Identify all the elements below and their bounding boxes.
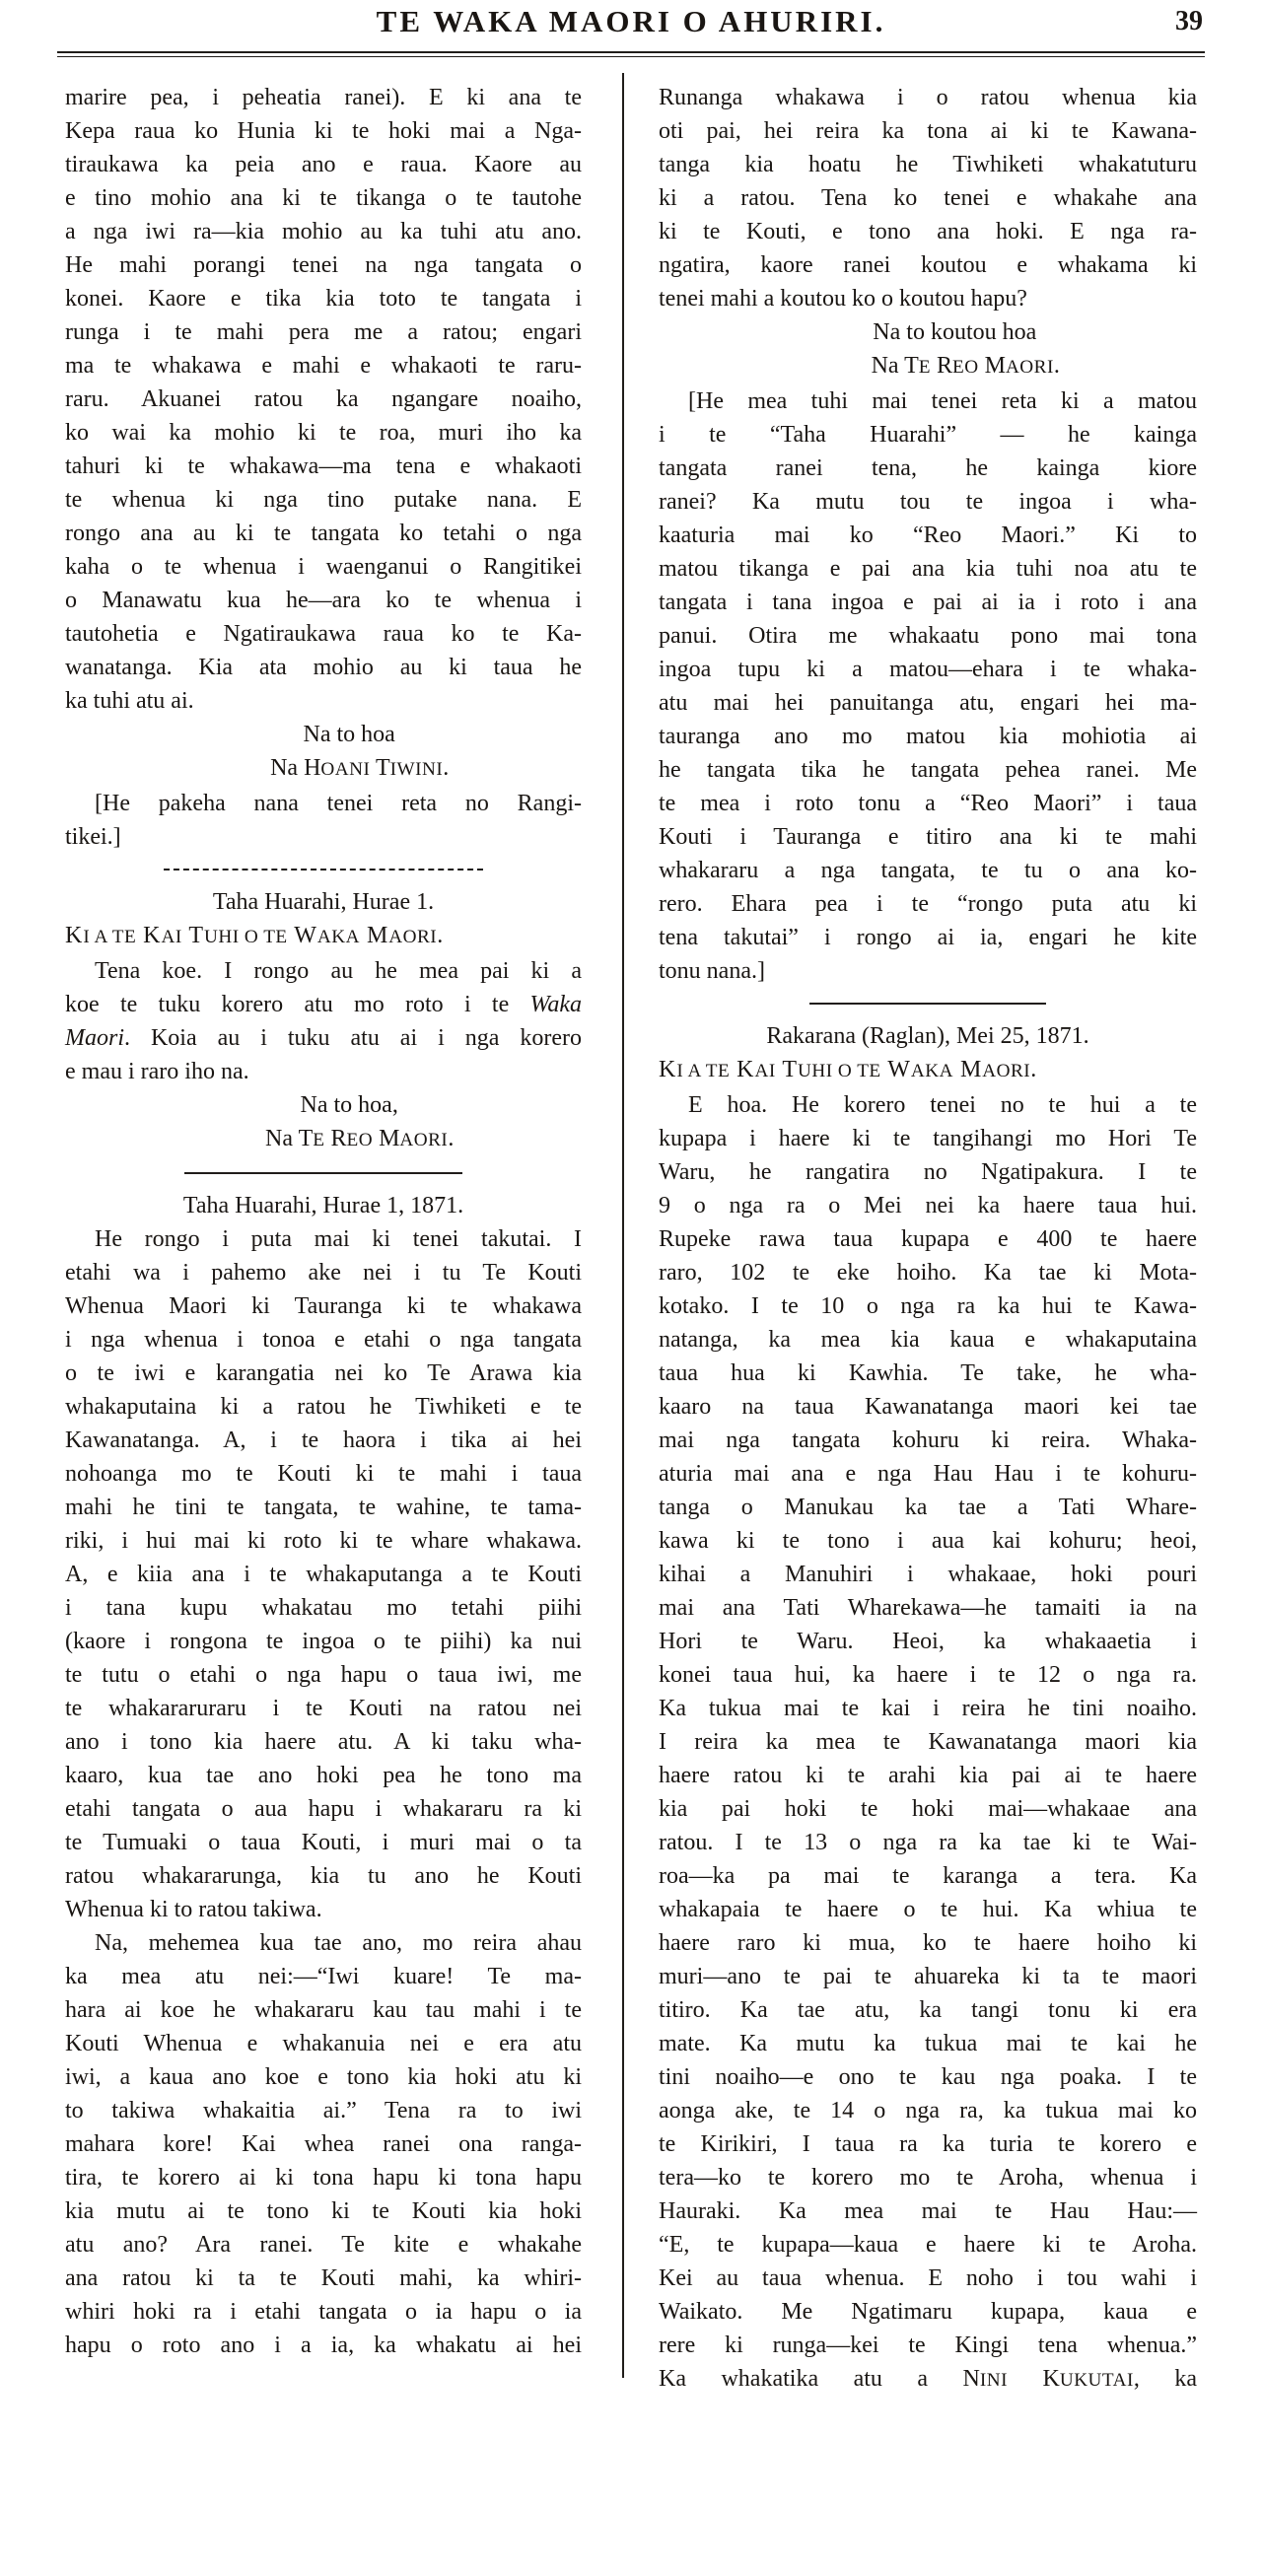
paragraph: Na, mehemea kua tae ano, mo reira ahauka…: [65, 1926, 582, 2362]
text-line: te whakararuraru i te Kouti na ratou nei: [65, 1692, 582, 1725]
text-line: i te “Taha Huarahi” — he kainga: [659, 418, 1197, 452]
text-line: Waru, he rangatira no Ngatipakura. I te: [659, 1155, 1197, 1189]
text-line: whakaputaina ki a ratou he Tiwhiketi e t…: [65, 1390, 582, 1424]
text-line: He mahi porangi tenei na nga tangata o: [65, 248, 582, 282]
text-line: ranei? Ka mutu tou te ingoa i wha-: [659, 485, 1197, 519]
text-line: konei. Kaore e tika kia toto te tangata …: [65, 282, 582, 315]
text-line: haere ratou ki te arahi kia pai ai te ha…: [659, 1759, 1197, 1792]
text-line: tini noaiho—e ono te kau nga poaka. I te: [659, 2060, 1197, 2094]
text-line: Kouti i Tauranga e titiro ana ki te mahi: [659, 820, 1197, 854]
text-line: ratou whakararunga, kia tu ano he Kouti: [65, 1859, 582, 1893]
text-line: tanga o Manukau ka tae a Tati Whare-: [659, 1491, 1197, 1524]
text-line: haere raro ki mua, ko te haere hoiho ki: [659, 1926, 1197, 1960]
text-line: tonu nana.]: [659, 954, 1197, 988]
text-line: panui. Otira me whakaatu pono mai tona: [659, 619, 1197, 653]
text-line: kotako. I te 10 o nga ra ka hui te Kawa-: [659, 1289, 1197, 1323]
letter-salutation: Ki a te Kai Tuhi o te Waka Maori.: [659, 1053, 1197, 1088]
text-line: oti pai, hei reira ka tona ai ki te Kawa…: [659, 114, 1197, 148]
text-line: Tena koe. I rongo au he mea pai ki a: [65, 954, 582, 988]
letter-salutation: Ki a te Kai Tuhi o te Waka Maori.: [65, 919, 582, 954]
section-divider: [809, 1003, 1046, 1005]
paragraph: Runanga whakawa i o ratou whenua kiaoti …: [659, 81, 1197, 315]
text-line: Rupeke rawa taua kupapa e 400 te haere: [659, 1222, 1197, 1256]
text-line: Whenua Maori ki Tauranga ki te whakawa: [65, 1289, 582, 1323]
text-line: Waikato. Me Ngatimaru kupapa, kaua e: [659, 2295, 1197, 2329]
text-line: mai ana Tati Wharekawa—he tamaiti ia na: [659, 1591, 1197, 1625]
text-line: whakapaia te haere o te hui. Ka whiua te: [659, 1893, 1197, 1926]
text-line: tangata i tana ingoa e pai ai ia i roto …: [659, 586, 1197, 619]
text-line: tautohetia e Ngatiraukawa raua ko te Ka-: [65, 617, 582, 651]
section-divider: [164, 869, 484, 870]
text-line: [He pakeha nana tenei reta no Rangi-: [65, 787, 582, 820]
text-line: hara ai koe he whakararu kau tau mahi i …: [65, 1993, 582, 2027]
dateline: Taha Huarahi, Hurae 1, 1871.: [65, 1189, 582, 1222]
text-line: “E, te kupapa—kaua e haere ki te Aroha.: [659, 2228, 1197, 2262]
text-line: etahi wa i pahemo ake nei i tu Te Kouti: [65, 1256, 582, 1289]
text-line: te Tumuaki o taua Kouti, i muri mai o ta: [65, 1826, 582, 1859]
text-line: raro, 102 te eke hoiho. Ka tae ki Mota-: [659, 1256, 1197, 1289]
text-line: te mea i roto tonu a “Reo Maori” i taua: [659, 787, 1197, 820]
text-line: mahara kore! Kai whea ranei ona ranga-: [65, 2127, 582, 2161]
text-line: ki te Kouti, e tono ana hoki. E nga ra-: [659, 215, 1197, 248]
text-line: iwi, a kaua ano koe e tono kia hoki atu …: [65, 2060, 582, 2094]
text-line: he tangata tika he tangata pehea ranei. …: [659, 753, 1197, 787]
text-line: tikei.]: [65, 820, 582, 854]
text-line: kaaro, kua tae ano hoki pea he tono ma: [65, 1759, 582, 1792]
text-line: ka mea atu nei:—“Iwi kuare! Te ma-: [65, 1960, 582, 1993]
text-line: hapu o roto ano i a ia, ka whakatu ai he…: [65, 2329, 582, 2362]
text-line: kupapa i haere ki te tangihangi mo Hori …: [659, 1122, 1197, 1155]
text-line: matou tikanga e pai ana kia tuhi noa atu…: [659, 552, 1197, 586]
text-line: nohoanga mo te Kouti ki te mahi i taua: [65, 1457, 582, 1491]
text-line: whakararu a nga tangata, te tu o ana ko-: [659, 854, 1197, 887]
paragraph: He rongo i puta mai ki tenei takutai. Ie…: [65, 1222, 582, 1926]
text-line: tahuri ki te whakawa—ma tena e whakaoti: [65, 450, 582, 483]
signature-line: Na to hoa,: [65, 1088, 582, 1122]
text-line: te whenua ki nga tino putake nana. E: [65, 483, 582, 517]
text-line: rongo ana au ki te tangata ko tetahi o n…: [65, 517, 582, 550]
text-line: te Kirikiri, I taua ra ka turia te korer…: [659, 2127, 1197, 2161]
newspaper-page: TE WAKA MAORI O AHURIRI. 39 marire pea, …: [0, 0, 1262, 2576]
text-line: marire pea, i peheatia ranei). E ki ana …: [65, 81, 582, 114]
text-line: ki a ratou. Tena ko tenei e whakahe ana: [659, 181, 1197, 215]
text-line: I reira ka mea te Kawanatanga maori kia: [659, 1725, 1197, 1759]
text-line: tanga kia hoatu he Tiwhiketi whakatuturu: [659, 148, 1197, 181]
text-line: natanga, ka mea kia kaua e whakaputaina: [659, 1323, 1197, 1357]
paragraph: E hoa. He korero tenei no te hui a tekup…: [659, 1088, 1197, 2398]
column-divider-rule: [622, 73, 624, 2378]
text-line: Kei au taua whenua. E noho i tou wahi i: [659, 2262, 1197, 2295]
text-line: rere ki runga—kei te Kingi tena whenua.”: [659, 2329, 1197, 2362]
text-line: ko wai ka mohio ki te roa, muri iho ka: [65, 416, 582, 450]
text-line: Runanga whakawa i o ratou whenua kia: [659, 81, 1197, 114]
text-line: a nga iwi ra—kia mohio au ka tuhi atu an…: [65, 215, 582, 248]
text-line: o te iwi e karangatia nei ko Te Arawa ki…: [65, 1357, 582, 1390]
text-line: Kepa raua ko Hunia ki te hoki mai a Nga-: [65, 114, 582, 148]
text-line: koe te tuku korero atu mo roto i te Waka: [65, 988, 582, 1021]
text-line: tauranga ano mo matou kia mohiotia ai: [659, 720, 1197, 753]
text-line: raru. Akuanei ratou ka ngangare noaiho,: [65, 383, 582, 416]
text-line: Whenua ki to ratou takiwa.: [65, 1893, 582, 1926]
paragraph: marire pea, i peheatia ranei). E ki ana …: [65, 81, 582, 718]
text-line: o Manawatu kua he—ara ko te whenua i: [65, 584, 582, 617]
text-line: rero. Ehara pea i te “rongo puta atu ki: [659, 887, 1197, 921]
text-line: kihai a Manuhiri i whakaae, hoki pouri: [659, 1558, 1197, 1591]
text-line: Ka tukua mai te kai i reira he tini noai…: [659, 1692, 1197, 1725]
signature-line: Na to koutou hoa: [659, 315, 1197, 349]
text-line: kia mutu ai te tono ki te Kouti kia hoki: [65, 2194, 582, 2228]
text-line: taua hua ki Kawhia. Te take, he wha-: [659, 1357, 1197, 1390]
text-line: Kouti Whenua e whakanuia nei e era atu: [65, 2027, 582, 2060]
text-line: Maori. Koia au i tuku atu ai i nga korer…: [65, 1021, 582, 1055]
text-line: riki, i hui mai ki roto ki te whare whak…: [65, 1524, 582, 1558]
text-line: mahi he tini te tangata, te wahine, te t…: [65, 1491, 582, 1524]
text-line: Na, mehemea kua tae ano, mo reira ahau: [65, 1926, 582, 1960]
text-line: etahi tangata o aua hapu i whakararu ra …: [65, 1792, 582, 1826]
text-line: aonga ake, te 14 o nga ra, ka tukua mai …: [659, 2094, 1197, 2127]
text-line: tangata ranei tena, he kainga kiore: [659, 452, 1197, 485]
paragraph: Tena koe. I rongo au he mea pai ki akoe …: [65, 954, 582, 1088]
text-line: 9 o nga ra o Mei nei ka haere taua hui.: [659, 1189, 1197, 1222]
text-line: mate. Ka mutu ka tukua mai te kai he: [659, 2027, 1197, 2060]
signature-name: Na Te Reo Maori.: [65, 1122, 582, 1157]
section-divider: [184, 1172, 463, 1174]
text-line: kia pai hoki te hoki mai—whakaae ana: [659, 1792, 1197, 1826]
text-line: i tana kupu whakatau mo tetahi piihi: [65, 1591, 582, 1625]
text-line: ngatira, kaore ranei koutou e whakama ki: [659, 248, 1197, 282]
right-column: Runanga whakawa i o ratou whenua kiaoti …: [659, 81, 1197, 2398]
text-line: Kawanatanga. A, i te haora i tika ai hei: [65, 1424, 582, 1457]
text-line: kaaro na taua Kawanatanga maori kei tae: [659, 1390, 1197, 1424]
text-line: roa—ka pa mai te karanga a tera. Ka: [659, 1859, 1197, 1893]
text-line: ratou. I te 13 o nga ra ka tae ki te Wai…: [659, 1826, 1197, 1859]
signature-name: Na Hoani Tiwini.: [65, 751, 582, 787]
text-line: E hoa. He korero tenei no te hui a te: [659, 1088, 1197, 1122]
text-line: muri—ano te pai te ahuareka ki ta te mao…: [659, 1960, 1197, 1993]
signature-line: Na to hoa: [65, 718, 582, 751]
text-line: mai nga tangata kohuru ki reira. Whaka-: [659, 1424, 1197, 1457]
paragraph: [He pakeha nana tenei reta no Rangi-tike…: [65, 787, 582, 854]
text-line: Hauraki. Ka mea mai te Hau Hau:—: [659, 2194, 1197, 2228]
text-line: aturia mai ana e nga Hau Hau i te kohuru…: [659, 1457, 1197, 1491]
text-line: ano i tono kia haere atu. A ki taku wha-: [65, 1725, 582, 1759]
signature-name: Na Te Reo Maori.: [659, 349, 1197, 384]
header-rule: [57, 51, 1205, 57]
text-line: to takiwa whakaitia ai.” Tena ra to iwi: [65, 2094, 582, 2127]
text-line: (kaore i rongona te ingoa o te piihi) ka…: [65, 1625, 582, 1658]
text-line: tiraukawa ka peia ano e raua. Kaore au: [65, 148, 582, 181]
text-line: e mau i raro iho na.: [65, 1055, 582, 1088]
text-line: atu mai hei panuitanga atu, engari hei m…: [659, 686, 1197, 720]
text-line: Hori te Waru. Heoi, ka whakaaetia i: [659, 1625, 1197, 1658]
text-line: e tino mohio ana ki te tikanga o te taut…: [65, 181, 582, 215]
left-column: marire pea, i peheatia ranei). E ki ana …: [65, 81, 582, 2362]
text-line: A, e kiia ana i te whakaputanga a te Kou…: [65, 1558, 582, 1591]
text-line: ana ratou ki ta te Kouti mahi, ka whiri-: [65, 2262, 582, 2295]
text-line: tenei mahi a koutou ko o koutou hapu?: [659, 282, 1197, 315]
page-number: 39: [1175, 6, 1203, 37]
text-line: tena takutai” i rongo ai ia, engari he k…: [659, 921, 1197, 954]
dateline: Rakarana (Raglan), Mei 25, 1871.: [659, 1019, 1197, 1053]
text-line: kaha o te whenua i waenganui o Rangitike…: [65, 550, 582, 584]
dateline: Taha Huarahi, Hurae 1.: [65, 885, 582, 919]
text-line: tera—ko te korero mo te Aroha, whenua i: [659, 2161, 1197, 2194]
text-line: ka tuhi atu ai.: [65, 684, 582, 718]
text-line: tira, te korero ai ki tona hapu ki tona …: [65, 2161, 582, 2194]
paragraph: [He mea tuhi mai tenei reta ki a matoui …: [659, 384, 1197, 988]
masthead-title: TE WAKA MAORI O AHURIRI.: [0, 4, 1262, 39]
text-line: ingoa tupu ki a matou—ehara i te whaka-: [659, 653, 1197, 686]
text-line: runga i te mahi pera me a ratou; engari: [65, 315, 582, 349]
text-line: ma te whakawa e mahi e whakaoti te raru-: [65, 349, 582, 383]
text-line: whiri hoki ra i etahi tangata o ia hapu …: [65, 2295, 582, 2329]
text-line: atu ano? Ara ranei. Te kite e whakahe: [65, 2228, 582, 2262]
text-line: Ka whakatika atu a Nini Kukutai, ka: [659, 2362, 1197, 2398]
text-line: kaaturia mai ko “Reo Maori.” Ki to: [659, 519, 1197, 552]
text-line: He rongo i puta mai ki tenei takutai. I: [65, 1222, 582, 1256]
text-line: wanatanga. Kia ata mohio au ki taua he: [65, 651, 582, 684]
text-line: te tutu o etahi o nga hapu o taua iwi, m…: [65, 1658, 582, 1692]
text-line: [He mea tuhi mai tenei reta ki a matou: [659, 384, 1197, 418]
text-line: titiro. Ka tae atu, ka tangi tonu ki era: [659, 1993, 1197, 2027]
text-line: kawa ki te tono i aua kai kohuru; heoi,: [659, 1524, 1197, 1558]
text-line: i nga whenua i tonoa e etahi o nga tanga…: [65, 1323, 582, 1357]
text-line: konei taua hui, ka haere i te 12 o nga r…: [659, 1658, 1197, 1692]
